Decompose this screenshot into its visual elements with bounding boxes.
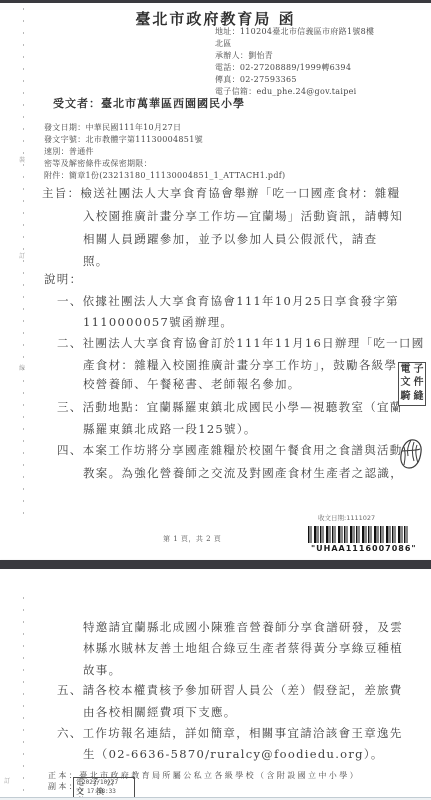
- item4-line: 教案。為強化營養師之交流及對國產食材生產者之認識，: [83, 467, 403, 480]
- item5-line: 五、請各校本權責核予參加研習人員公（差）假登記，差旅費: [57, 684, 403, 697]
- binding-mark-zhuang: 裝: [19, 155, 25, 164]
- agency-email: 電子信箱：edu_phe.24@gov.taipei: [215, 87, 357, 96]
- doc-title: 臺北市政府教育局 函: [0, 11, 431, 28]
- meta-classification: 密等及解密條件或保密期限：: [44, 159, 152, 168]
- receive-date-label: 收文日期:1111027: [318, 515, 375, 522]
- item4-continuation-line: 故事。: [83, 664, 121, 677]
- agency-address-line1: 地址：110204臺北市信義區市府路1號8樓: [215, 27, 374, 36]
- item4-continuation-line: 特邀請宜蘭縣北成國小陳雅音營養師分享食譜研發，及雲: [83, 621, 403, 634]
- item4-continuation-line: 林縣水賊林友善土地組合綠豆生產者蔡得黃分享綠豆種植: [83, 642, 403, 655]
- electronic-exchange-stamp: 電子公文 交換章 2022/10/27 17:58:33: [73, 777, 135, 798]
- barcode: [308, 526, 409, 543]
- item1-line: 1110000057號函辦理。: [83, 316, 233, 329]
- signature-chop-icon: [398, 437, 424, 475]
- recipient-line: 受文者：臺北市萬華區西園國民小學: [53, 98, 245, 111]
- item3-line: 三、活動地點：宜蘭縣羅東鎮北成國民小學—視聽教室（宜蘭: [57, 401, 403, 414]
- binding-mark-ding: 訂: [19, 251, 25, 260]
- binding-mark-xian: 線: [19, 363, 25, 372]
- subject-line: 入校園推廣計畫分享工作坊—宜蘭場」活動資訊，請轉知: [83, 210, 403, 223]
- page-2: 訂 特邀請宜蘭縣北成國小陳雅音營養師分享食譜研發，及雲 林縣水賊林友善土地組合綠…: [0, 569, 431, 797]
- exchange-stamp-time: 17:58:33: [87, 788, 116, 795]
- meta-doc-number: 發文字號：北市教體字第11130004851號: [44, 135, 203, 144]
- item2-line: 校營養師、午餐秘書、老師報名參加。: [83, 378, 301, 391]
- page-number: 第 1 頁，共 2 頁: [163, 535, 221, 543]
- item4-line: 四、本案工作坊將分享國產雜糧於校園午餐食用之食譜與活動: [57, 444, 403, 457]
- meta-speed: 速別：普通件: [44, 147, 94, 156]
- item5-line: 由各校相關經費項下支應。: [83, 706, 237, 719]
- page-separator: [0, 560, 431, 569]
- agency-address-line2: 北區: [215, 39, 232, 48]
- agency-fax: 傳真：02-27593365: [215, 75, 297, 84]
- item1-line: 一、依據社團法人大享食育協會111年10月25日享食發字第: [57, 295, 399, 308]
- item6-line: 生（02-6636-5870/ruralcy@foodiedu.org）。: [83, 748, 384, 761]
- binding-mark-ding: 訂: [4, 776, 10, 785]
- subject-line: 相關人員踴躍參加，並予以參加人員公假派代，請查: [83, 233, 377, 246]
- binding-dotted-line: [23, 597, 24, 792]
- document-viewer[interactable]: 裝 訂 線 臺北市政府教育局 函 地址：110204臺北市信義區市府路1號8樓 …: [0, 0, 431, 800]
- agency-phone: 電話：02-27208889/1999轉6394: [215, 63, 351, 72]
- item2-line: 產食材：雜糧入校園推廣計畫分享工作坊」，鼓勵各級學: [83, 359, 397, 372]
- explanation-label: 說明：: [44, 273, 82, 286]
- binding-dotted-line: [23, 8, 24, 514]
- item2-line: 二、社團法人大享食育協會訂於111年11月16日辦理「吃一口國: [57, 337, 425, 350]
- subject-line: 照。: [83, 255, 109, 268]
- electronic-seam-stamp: 電 子 文 件 騎 縫: [398, 362, 426, 406]
- barcode-value: "UHAA1116007086": [311, 544, 417, 553]
- page-1: 裝 訂 線 臺北市政府教育局 函 地址：110204臺北市信義區市府路1號8樓 …: [0, 3, 431, 560]
- item6-line: 六、工作坊報名連結，詳如簡章，相關事宜請洽該會王章逸先: [57, 727, 403, 740]
- exchange-stamp-date: 2022/10/27: [82, 779, 118, 786]
- item3-line: 縣羅東鎮北成路一段125號）。: [83, 423, 257, 436]
- subject-line: 主旨：檢送社團法人大享食育協會舉辦「吃一口國產食材：雜糧: [42, 187, 400, 200]
- meta-issue-date: 發文日期：中華民國111年10月27日: [44, 123, 181, 132]
- meta-attachment: 附件：簡章1份(23213180_11130004851_1_ATTACH1.p…: [44, 171, 285, 180]
- agency-contact-person: 承辦人：劉怡青: [215, 51, 273, 60]
